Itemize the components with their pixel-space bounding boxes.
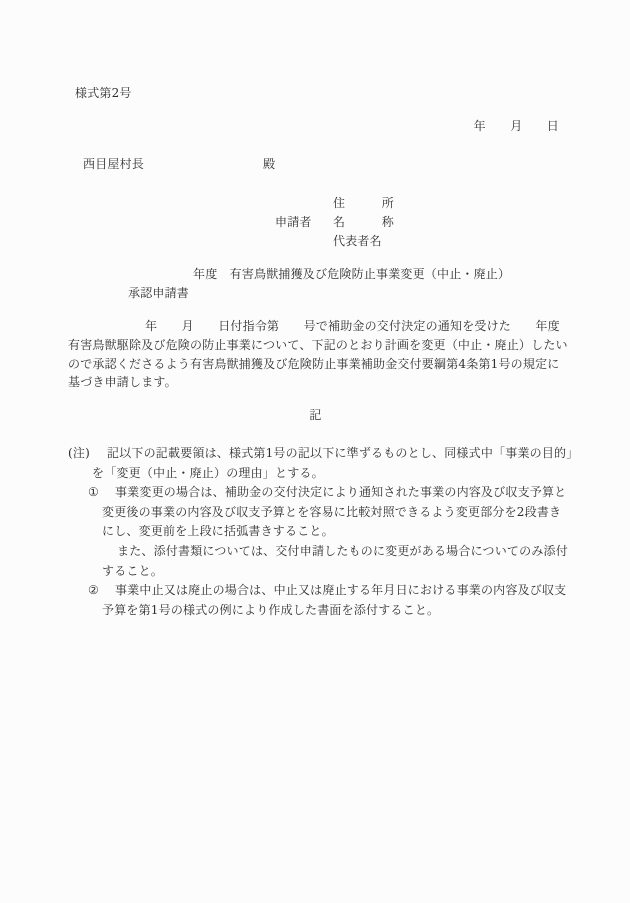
notes-block: (注)記以下の記載要領は、様式第1号の記以下に準ずるものとし、同様式中「事業の目… <box>68 444 563 620</box>
document-title: 年度 有害鳥獣捕獲及び危険防止事業変更（中止・廃止） 承認申請書 <box>68 265 563 303</box>
item1-line: にし、変更前を上段に括弧書きすること。 <box>68 522 563 542</box>
item1-line: 変更後の事業の内容及び収支予算とを容易に比較対照できるよう変更部分を2段書き <box>68 503 563 523</box>
item2-text: 事業中止又は廃止の場合は、中止又は廃止する年月日における事業の内容及び収支 <box>115 583 566 597</box>
applicant-address-row: 住 所 <box>275 194 563 213</box>
item1-line: ①事業変更の場合は、補助金の交付決定により通知された事業の内容及び収支予算と <box>68 483 563 503</box>
note-line: を「変更（中止・廃止）の理由」とする。 <box>68 464 563 484</box>
applicant-name-label: 名 称 <box>333 215 394 229</box>
date-line: 年 月 日 <box>68 117 563 136</box>
applicant-block: 住 所 申請者名 称 代表者名 <box>275 194 563 250</box>
document-content: 様式第2号 年 月 日 西目屋村長殿 住 所 申請者名 称 代表者名 年度 有害… <box>68 0 563 620</box>
form-number: 様式第2号 <box>68 84 563 103</box>
applicant-label: 申請者 <box>275 213 333 232</box>
note-marker: (注) <box>68 444 94 464</box>
note-text: 記以下の記載要領は、様式第1号の記以下に準ずるものとし、同様式中「事業の目的」 <box>107 446 578 460</box>
document-title-line1: 年度 有害鳥獣捕獲及び危険防止事業変更（中止・廃止） <box>68 265 563 284</box>
item2-marker: ② <box>88 581 99 601</box>
section-marker-ki: 記 <box>68 406 563 425</box>
item2-line: 予算を第1号の様式の例により作成した書面を添付すること。 <box>68 601 563 621</box>
document-page: 様式第2号 年 月 日 西目屋村長殿 住 所 申請者名 称 代表者名 年度 有害… <box>0 0 630 903</box>
addressee-name: 西目屋村長 <box>83 157 144 171</box>
body-paragraph: 年 月 日付指令第 号で補助金の交付決定の通知を受けた 年度 有害鳥獣駆除及び危… <box>68 317 563 392</box>
document-title-line2: 承認申請書 <box>68 284 563 303</box>
item1-marker: ① <box>88 483 99 503</box>
item1-text: 事業変更の場合は、補助金の交付決定により通知された事業の内容及び収支予算と <box>115 485 566 499</box>
body-line: 年 月 日付指令第 号で補助金の交付決定の通知を受けた 年度 <box>68 317 563 336</box>
applicant-representative-row: 代表者名 <box>275 232 563 251</box>
item1-line: また、添付書類については、交付申請したものに変更がある場合についてのみ添付 <box>68 542 563 562</box>
applicant-representative-label: 代表者名 <box>333 234 382 248</box>
item1-line: すること。 <box>68 562 563 582</box>
addressee-honorific: 殿 <box>263 157 275 171</box>
item2-line: ②事業中止又は廃止の場合は、中止又は廃止する年月日における事業の内容及び収支 <box>68 581 563 601</box>
applicant-address-label: 住 所 <box>333 196 394 210</box>
body-line: 基づき申請します。 <box>68 373 563 392</box>
body-line: 有害鳥獣駆除及び危険の防止事業について、下記のとおり計画を変更（中止・廃止）した… <box>68 336 563 355</box>
applicant-name-row: 申請者名 称 <box>275 213 563 232</box>
note-line: (注)記以下の記載要領は、様式第1号の記以下に準ずるものとし、同様式中「事業の目… <box>68 444 563 464</box>
addressee-line: 西目屋村長殿 <box>68 155 563 174</box>
body-line: ので承認くださるよう有害鳥獣捕獲及び危険防止事業補助金交付要綱第4条第1号の規定… <box>68 355 563 374</box>
